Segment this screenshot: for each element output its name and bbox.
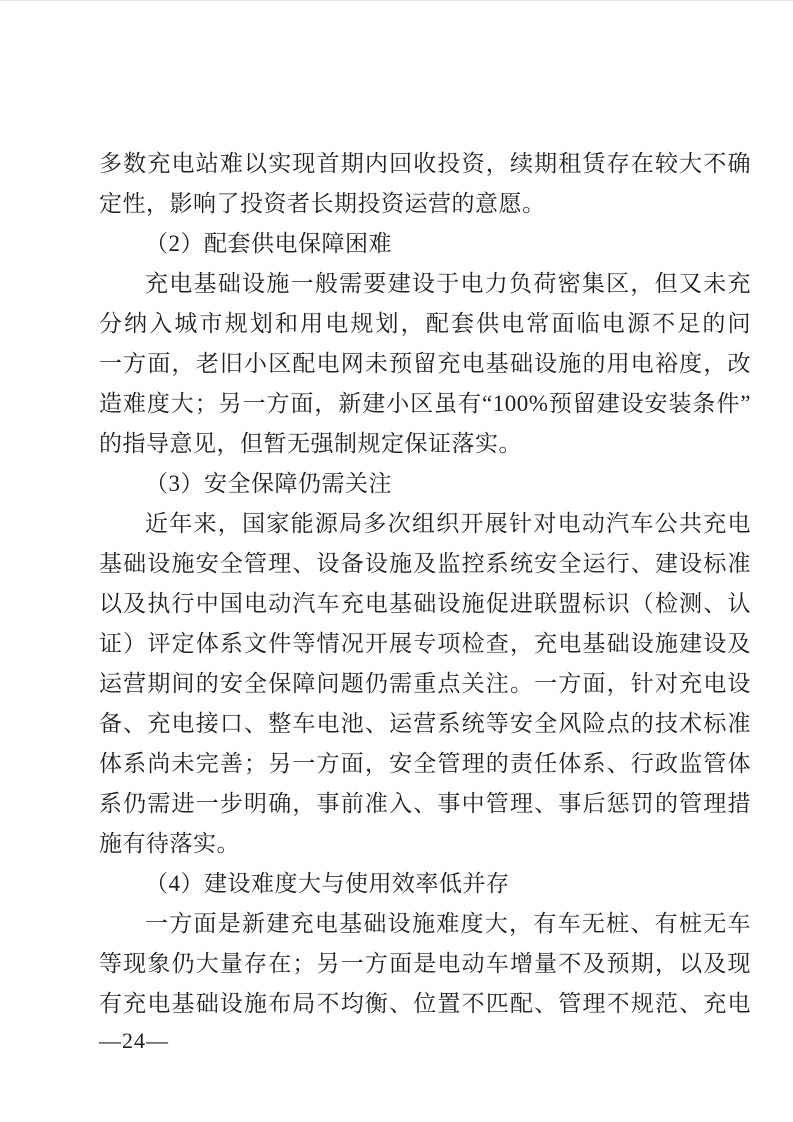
- heading-line: （3）安全保障仍需关注: [99, 464, 751, 504]
- text-line: 备、充电接口、整车电池、运营系统等安全风险点的技术标准: [99, 704, 751, 744]
- text-line: 运营期间的安全保障问题仍需重点关注。一方面，针对充电设: [99, 664, 751, 704]
- text-line: 施有待落实。: [99, 824, 751, 864]
- text-line: 充电基础设施一般需要建设于电力负荷密集区，但又未充: [99, 264, 751, 304]
- heading-line: （2）配套供电保障困难: [99, 224, 751, 264]
- text-line: 近年来，国家能源局多次组织开展针对电动汽车公共充电: [99, 504, 751, 544]
- text-line: 以及执行中国电动汽车充电基础设施促进联盟标识（检测、认: [99, 584, 751, 624]
- document-page: 多数充电站难以实现首期内回收投资，续期租赁存在较大不确 定性，影响了投资者长期投…: [0, 0, 793, 1122]
- text-line: 多数充电站难以实现首期内回收投资，续期租赁存在较大不确: [99, 144, 751, 184]
- text-line: 基础设施安全管理、设备设施及监控系统安全运行、建设标准: [99, 544, 751, 584]
- text-line: 一方面，老旧小区配电网未预留充电基础设施的用电裕度，改: [99, 344, 751, 384]
- text-line: 有充电基础设施布局不均衡、位置不匹配、管理不规范、充电: [99, 984, 751, 1024]
- heading-line: （4）建设难度大与使用效率低并存: [99, 864, 751, 904]
- body-text: 多数充电站难以实现首期内回收投资，续期租赁存在较大不确 定性，影响了投资者长期投…: [99, 144, 751, 1058]
- text-line: 分纳入城市规划和用电规划，配套供电常面临电源不足的问题。: [99, 304, 751, 344]
- text-line: 一方面是新建充电基础设施难度大，有车无桩、有桩无车: [99, 904, 751, 944]
- page-number: —24—: [99, 1024, 751, 1058]
- text-line: 系仍需进一步明确，事前准入、事中管理、事后惩罚的管理措: [99, 784, 751, 824]
- text-line: 的指导意见，但暂无强制规定保证落实。: [99, 424, 751, 464]
- text-line: 体系尚未完善；另一方面，安全管理的责任体系、行政监管体: [99, 744, 751, 784]
- text-line: 定性，影响了投资者长期投资运营的意愿。: [99, 184, 751, 224]
- text-line: 证）评定体系文件等情况开展专项检查，充电基础设施建设及: [99, 624, 751, 664]
- text-line: 等现象仍大量存在；另一方面是电动车增量不及预期，以及现: [99, 944, 751, 984]
- text-line: 造难度大；另一方面，新建小区虽有“100%预留建设安装条件”: [99, 384, 751, 424]
